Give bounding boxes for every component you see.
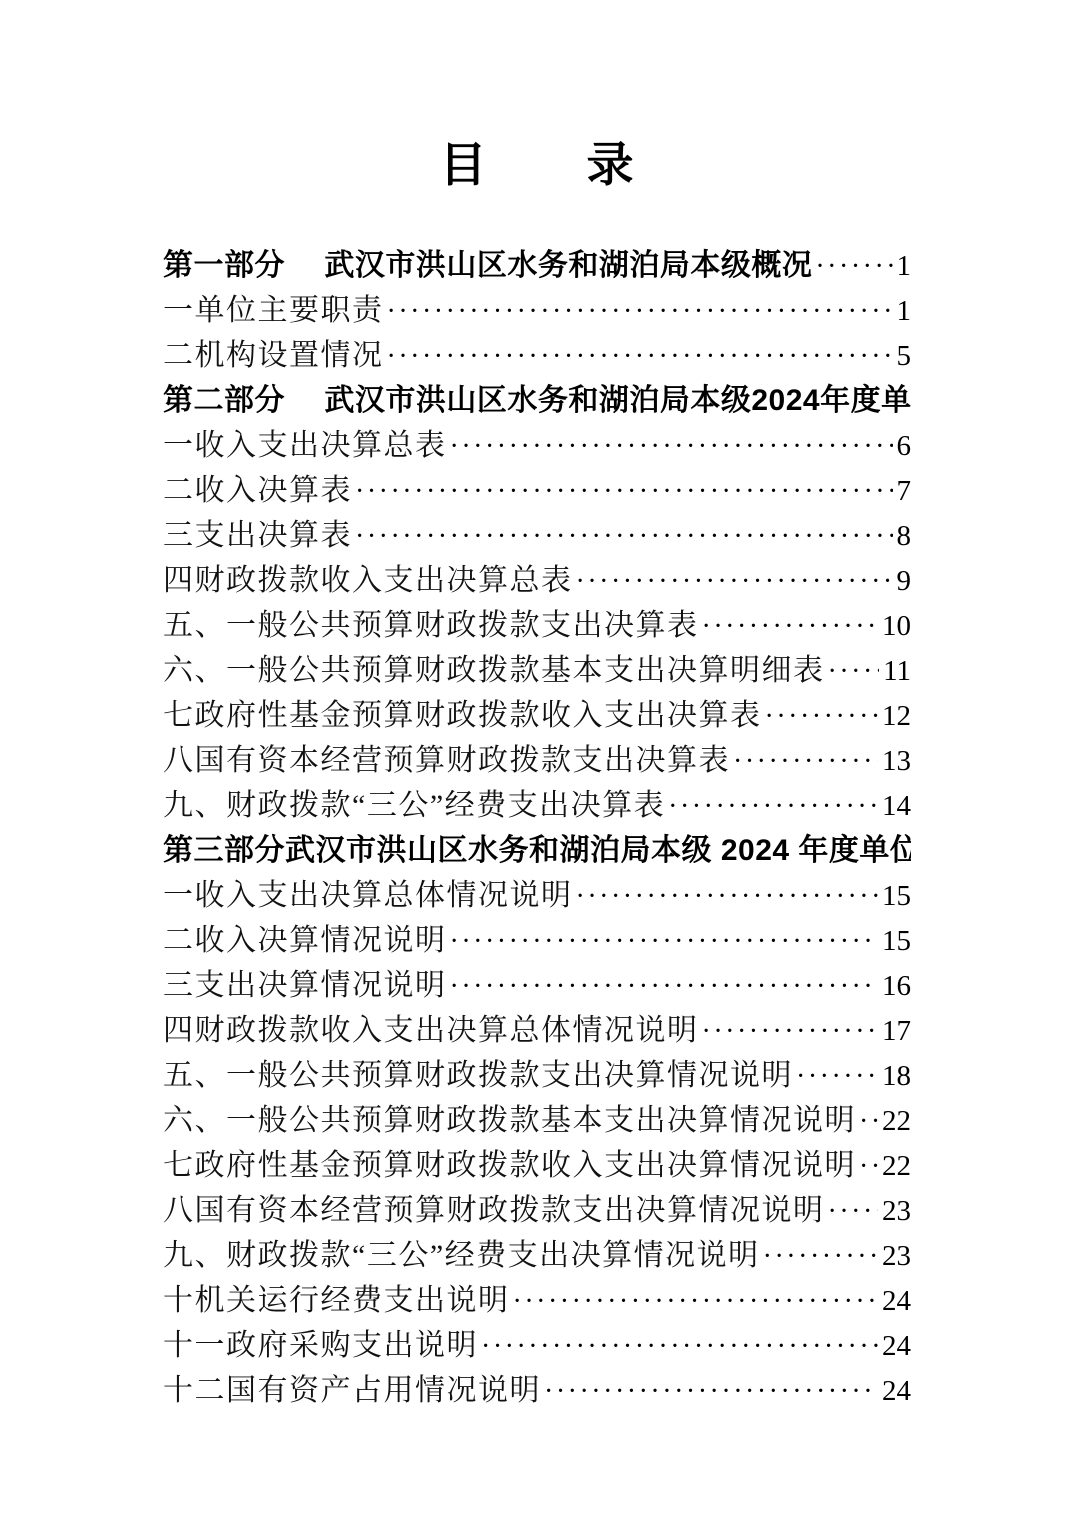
table-of-contents: 第一部分 武汉市洪山区水务和湖泊局本级概况1一单位主要职责1二机构设置情况5第二… <box>163 240 911 1410</box>
toc-item-row: 六、一般公共预算财政拨款基本支出决算明细表11 <box>163 645 911 690</box>
toc-item-row: 十二国有资产占用情况说明24 <box>163 1365 911 1410</box>
toc-page-number: 1 <box>893 250 912 283</box>
toc-entry-label: 八国有资本经营预算财政拨款支出决算表 <box>163 735 730 779</box>
toc-item-row: 三支出决算表8 <box>163 510 911 555</box>
toc-entry-label: 第三部分武汉市洪山区水务和湖泊局本级 2024 年度单位决算情况说明 ... <box>163 825 911 869</box>
toc-section-row: 第三部分武汉市洪山区水务和湖泊局本级 2024 年度单位决算情况说明 ...15 <box>163 825 911 870</box>
dot-leader <box>384 296 893 328</box>
dot-leader <box>699 611 879 643</box>
toc-entry-label: 三支出决算表 <box>163 510 352 554</box>
toc-entry-label: 四财政拨款收入支出决算总表 <box>163 555 573 599</box>
toc-page-number: 18 <box>878 1060 911 1093</box>
toc-item-row: 八国有资本经营预算财政拨款支出决算表13 <box>163 735 911 780</box>
toc-page-number: 9 <box>893 565 912 598</box>
toc-item-row: 二机构设置情况5 <box>163 330 911 375</box>
toc-page-number: 6 <box>893 430 912 463</box>
toc-item-row: 十机关运行经费支出说明24 <box>163 1275 911 1320</box>
toc-section-row: 第一部分 武汉市洪山区水务和湖泊局本级概况1 <box>163 240 911 285</box>
toc-entry-label: 九、财政拨款“三公”经费支出决算表 <box>163 780 665 824</box>
toc-item-row: 三支出决算情况说明16 <box>163 960 911 1005</box>
toc-entry-label: 一单位主要职责 <box>163 285 384 329</box>
dot-leader <box>762 701 879 733</box>
document-page: 目 录 第一部分 武汉市洪山区水务和湖泊局本级概况1一单位主要职责1二机构设置情… <box>0 0 1075 1520</box>
toc-page-number: 1 <box>893 295 912 328</box>
toc-entry-label: 八国有资本经营预算财政拨款支出决算情况说明 <box>163 1185 825 1229</box>
toc-page-number: 15 <box>878 880 911 913</box>
dot-leader <box>760 1241 878 1273</box>
dot-leader <box>856 1151 878 1183</box>
toc-entry-label: 第二部分 武汉市洪山区水务和湖泊局本级2024年度单位决算表... <box>163 375 911 419</box>
toc-item-row: 二收入决算表7 <box>163 465 911 510</box>
toc-item-row: 一收入支出决算总体情况说明15 <box>163 870 911 915</box>
toc-entry-label: 九、财政拨款“三公”经费支出决算情况说明 <box>163 1230 760 1274</box>
dot-leader <box>541 1376 878 1408</box>
dot-leader <box>478 1331 878 1363</box>
toc-item-row: 二收入决算情况说明15 <box>163 915 911 960</box>
toc-item-row: 七政府性基金预算财政拨款收入支出决算表12 <box>163 690 911 735</box>
toc-entry-label: 四财政拨款收入支出决算总体情况说明 <box>163 1005 699 1049</box>
toc-page-number: 8 <box>893 520 912 553</box>
toc-page-number: 5 <box>893 340 912 373</box>
toc-item-row: 五、一般公共预算财政拨款支出决算表10 <box>163 600 911 645</box>
toc-page-number: 24 <box>878 1375 911 1408</box>
dot-leader <box>856 1106 878 1138</box>
dot-leader <box>825 1196 879 1228</box>
toc-page-number: 11 <box>879 655 911 688</box>
toc-entry-label: 三支出决算情况说明 <box>163 960 447 1004</box>
toc-item-row: 四财政拨款收入支出决算总表9 <box>163 555 911 600</box>
toc-item-row: 八国有资本经营预算财政拨款支出决算情况说明23 <box>163 1185 911 1230</box>
toc-item-row: 九、财政拨款“三公”经费支出决算情况说明23 <box>163 1230 911 1275</box>
toc-entry-label: 二机构设置情况 <box>163 330 384 374</box>
dot-leader <box>730 746 878 778</box>
toc-page-number: 23 <box>878 1195 911 1228</box>
toc-page-number: 14 <box>878 790 911 823</box>
toc-entry-label: 五、一般公共预算财政拨款支出决算情况说明 <box>163 1050 793 1094</box>
toc-page-number: 22 <box>878 1105 911 1138</box>
toc-entry-label: 六、一般公共预算财政拨款基本支出决算明细表 <box>163 645 825 689</box>
toc-item-row: 六、一般公共预算财政拨款基本支出决算情况说明22 <box>163 1095 911 1140</box>
toc-item-row: 七政府性基金预算财政拨款收入支出决算情况说明22 <box>163 1140 911 1185</box>
toc-item-row: 一收入支出决算总表6 <box>163 420 911 465</box>
toc-page-number: 12 <box>878 700 911 733</box>
dot-leader <box>447 971 879 1003</box>
toc-item-row: 五、一般公共预算财政拨款支出决算情况说明18 <box>163 1050 911 1095</box>
toc-page-number: 22 <box>878 1150 911 1183</box>
toc-page-number: 16 <box>878 970 911 1003</box>
toc-page-number: 24 <box>878 1285 911 1318</box>
toc-entry-label: 十一政府采购支出说明 <box>163 1320 478 1364</box>
dot-leader <box>699 1016 879 1048</box>
toc-entry-label: 十机关运行经费支出说明 <box>163 1275 510 1319</box>
toc-item-row: 十一政府采购支出说明24 <box>163 1320 911 1365</box>
toc-entry-label: 二收入决算表 <box>163 465 352 509</box>
toc-page-number: 13 <box>878 745 911 778</box>
dot-leader <box>573 566 893 598</box>
toc-entry-label: 五、一般公共预算财政拨款支出决算表 <box>163 600 699 644</box>
dot-leader <box>352 476 893 508</box>
dot-leader <box>384 341 893 373</box>
toc-entry-label: 十二国有资产占用情况说明 <box>163 1365 541 1409</box>
toc-page-number: 7 <box>893 475 912 508</box>
toc-item-row: 四财政拨款收入支出决算总体情况说明17 <box>163 1005 911 1050</box>
toc-page-number: 23 <box>878 1240 911 1273</box>
dot-leader <box>447 926 879 958</box>
page-title: 目 录 <box>0 128 1075 195</box>
dot-leader <box>812 251 892 283</box>
toc-page-number: 10 <box>878 610 911 643</box>
toc-page-number: 24 <box>878 1330 911 1363</box>
toc-page-number: 17 <box>878 1015 911 1048</box>
toc-entry-label: 七政府性基金预算财政拨款收入支出决算情况说明 <box>163 1140 856 1184</box>
toc-item-row: 九、财政拨款“三公”经费支出决算表14 <box>163 780 911 825</box>
toc-entry-label: 一收入支出决算总表 <box>163 420 447 464</box>
toc-entry-label: 一收入支出决算总体情况说明 <box>163 870 573 914</box>
toc-page-number: 15 <box>878 925 911 958</box>
dot-leader <box>793 1061 878 1093</box>
dot-leader <box>665 791 878 823</box>
toc-entry-label: 第一部分 武汉市洪山区水务和湖泊局本级概况 <box>163 240 812 284</box>
dot-leader <box>510 1286 879 1318</box>
dot-leader <box>352 521 893 553</box>
toc-item-row: 一单位主要职责1 <box>163 285 911 330</box>
dot-leader <box>825 656 880 688</box>
dot-leader <box>573 881 879 913</box>
toc-entry-label: 二收入决算情况说明 <box>163 915 447 959</box>
toc-section-row: 第二部分 武汉市洪山区水务和湖泊局本级2024年度单位决算表...6 <box>163 375 911 420</box>
dot-leader <box>447 431 893 463</box>
toc-entry-label: 七政府性基金预算财政拨款收入支出决算表 <box>163 690 762 734</box>
toc-entry-label: 六、一般公共预算财政拨款基本支出决算情况说明 <box>163 1095 856 1139</box>
